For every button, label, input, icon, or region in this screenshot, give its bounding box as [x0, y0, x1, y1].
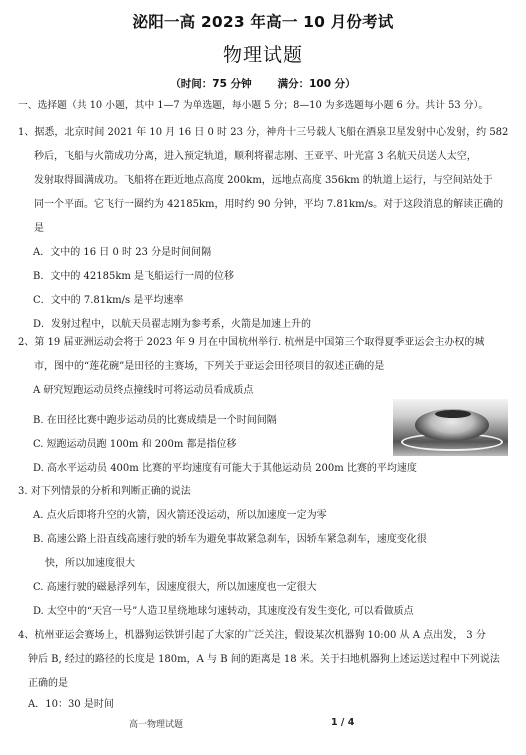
question-stem-line: 市，图中的“莲花碗”是田径的主赛场，下列关于亚运会田径项目的叙述正确的是: [34, 361, 384, 373]
option-c: C．文中的 7.81km/s 是平均速率: [33, 295, 183, 307]
exam-meta: （时间：75 分钟满分：100 分）: [0, 76, 526, 91]
option-a: A 研究短跑运动员终点撞线时可将运动员看成质点: [33, 385, 253, 397]
question-stem-line: 2、第 19 届亚洲运动会将于 2023 年 9 月在中国杭州举行. 杭州是中国…: [18, 337, 484, 349]
page-number: 1 / 4: [331, 717, 354, 728]
question-stem-line: 发射取得圆满成功。飞船将在距近地点高度 200km，远地点高度 356km 的轨…: [34, 175, 493, 187]
question-stem-line: 同一个平面。它飞行一圈约为 42185km，用时约 90 分钟，平均 7.81k…: [34, 199, 503, 211]
option-d: D. 太空中的“天宫一号”人造卫星绕地球匀速转动，其速度没有发生变化, 可以看做…: [33, 606, 414, 618]
option-b: B. 在田径比赛中跑步运动员的比赛成绩是一个时间间隔: [33, 415, 277, 427]
subject-title: 物理试题: [0, 40, 526, 67]
question-stem-line: 1、据悉，北京时间 2021 年 10 月 16 日 0 时 23 分，神舟十三…: [18, 127, 508, 139]
option-d: D. 高水平运动员 400m 比赛的平均速度有可能大于其他运动员 200m 比赛…: [33, 463, 417, 475]
question-stem-line: 4、杭州亚运会赛场上，机器狗运铁饼引起了大家的广泛关注，假设某次机器狗 10:0…: [18, 630, 486, 642]
option-c: C. 高速行驶的磁悬浮列车，因速度很大，所以加速度也一定很大: [33, 582, 317, 594]
option-a: A．10：30 是时间: [28, 699, 114, 711]
option-a: A．文中的 16 日 0 时 23 分是时间间隔: [33, 247, 211, 259]
option-b: B. 高速公路上沿直线高速行驶的轿车为避免事故紧急刹车，因轿车紧急刹车，速度变化…: [33, 534, 427, 546]
option-d: D．发射过程中，以航天员翟志刚为参考系，火箭是加速上升的: [33, 319, 311, 331]
question-stem-line: 正确的是: [28, 678, 68, 690]
full-score: 满分：100 分）: [278, 78, 356, 90]
section-title: 一、选择题（共 10 小题，其中 1—7 为单选题，每小题 5 分；8—10 为…: [18, 100, 488, 112]
stadium-photo: [393, 399, 508, 456]
option-b: B．文中的 42185km 是飞船运行一周的位移: [33, 271, 234, 283]
footer-subject: 高一物理试题: [129, 717, 183, 730]
option-c: C. 短跑运动员跑 100m 和 200m 都是指位移: [33, 439, 237, 451]
question-stem-line: 是: [34, 223, 44, 235]
stadium-opening: [435, 410, 471, 418]
question-stem-line: 钟后 B, 经过的路径的长度是 180m，A 与 B 间的距离是 18 米。关于…: [28, 654, 500, 666]
exam-title: 泌阳一高 2023 年高一 10 月份考试: [0, 10, 526, 32]
option-a: A. 点火后即将升空的火箭，因火箭还没运动，所以加速度一定为零: [33, 510, 327, 522]
option-b-continued: 快，所以加速度很大: [45, 558, 135, 570]
question-stem-line: 秒后，飞船与火箭成功分离，进入预定轨道，顺利将翟志刚、王亚平、叶光富 3 名航天…: [34, 151, 477, 163]
time-limit: （时间：75 分钟: [170, 78, 251, 90]
question-stem-line: 3. 对下列情景的分析和判断正确的说法: [18, 486, 191, 498]
